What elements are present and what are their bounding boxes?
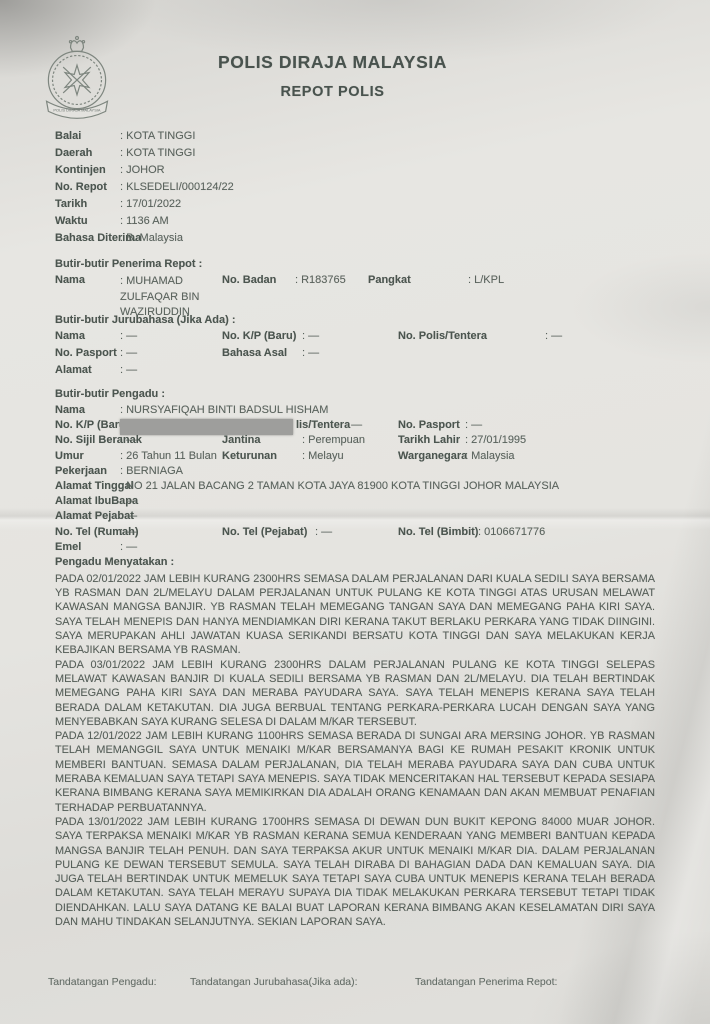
field-value: : 27/01/1995 [465,434,526,446]
field-value: : 1136 AM [120,215,169,227]
field-label: Kontinjen [55,164,106,176]
report-body: Balai : KOTA TINGGI Daerah : KOTA TINGGI… [55,130,655,929]
field-label: Tarikh Lahir [398,434,460,446]
field-value: : — [120,526,137,538]
field-label: Nama [55,274,85,286]
field-label: Keturunan [222,450,277,462]
field-label: No. Pasport [55,347,117,359]
field-label: No. Badan [222,274,276,286]
statement-paragraph: PADA 13/01/2022 JAM LEBIH KURANG 1700HRS… [55,815,655,929]
row-pengadu-pekerjaan: Pekerjaan : BERNIAGA [55,465,655,480]
row-pengadu-emel: Emel : — [55,541,655,556]
field-value: : — [302,330,319,342]
field-value: : Malaysia [465,450,515,462]
row-pengadu-alamat-tinggal: Alamat Tinggal : NO 21 JALAN BACANG 2 TA… [55,480,655,495]
field-value: : — [120,541,137,553]
field-label: No. Polis/Tentera [398,330,487,342]
field-value: : B. Malaysia [120,232,183,244]
statement-paragraph: PADA 03/01/2022 JAM LEBIH KURANG 2300HRS… [55,658,655,729]
field-value: : — [465,419,482,431]
row-pengadu-sijil: No. Sijil Beranak : — Jantina : Perempua… [55,434,655,449]
field-label: Nama [55,404,85,416]
field-label: Warganegara [398,450,467,462]
field-value: : JOHOR [120,164,165,176]
field-label-partial: lis/Tentera [296,419,350,431]
row-no-repot: No. Repot : KLSEDELI/000124/22 [55,181,655,198]
row-pengadu-alamat-pejabat: Alamat Pejabat : — [55,510,655,525]
crest-banner-text: POLIS DIRAJA MALAYSIA [53,107,101,112]
document-header: POLIS DIRAJA MALAYSIA REPOT POLIS [0,52,665,100]
row-pengadu-umur: Umur : 26 Tahun 11 Bulan Keturunan : Mel… [55,450,655,465]
field-label: Umur [55,450,84,462]
field-label: Nama [55,330,85,342]
field-value: : — [120,434,137,446]
section-title-penerima: Butir-butir Penerima Repot : [55,258,655,274]
row-tarikh: Tarikh : 17/01/2022 [55,198,655,215]
row-pengadu-alamat-ibubapa: Alamat IbuBapa : — [55,495,655,510]
statement-paragraph: PADA 02/01/2022 JAM LEBIH KURANG 2300HRS… [55,572,655,658]
signature-penerima-label: Tandatangan Penerima Repot: [415,976,557,988]
field-value: : — [120,347,137,359]
field-value: : KOTA TINGGI [120,147,195,159]
org-title: POLIS DIRAJA MALAYSIA [0,52,665,73]
row-jurubahasa-1: Nama : — No. K/P (Baru) : — No. Polis/Te… [55,330,655,347]
signature-pengadu-label: Tandatangan Pengadu: [48,976,157,988]
field-value: : — [302,347,319,359]
field-label: Pangkat [368,274,411,286]
field-value: : NURSYAFIQAH BINTI BADSUL HISHAM [120,404,328,416]
field-label: No. K/P (Baru) [55,419,129,431]
field-value: : Perempuan [302,434,365,446]
field-value: : — [545,330,562,342]
field-value: : BERNIAGA [120,465,183,477]
field-value: : KOTA TINGGI [120,130,195,142]
field-label: Pekerjaan [55,465,107,477]
redaction-box [120,419,293,435]
field-label: No. K/P (Baru) [222,330,296,342]
field-label: Daerah [55,147,92,159]
field-label: No. Repot [55,181,107,193]
field-value: : — [345,419,362,431]
section-title-pengadu: Butir-butir Pengadu : [55,388,655,404]
field-value: : L/KPL [468,274,504,286]
field-value: : NO 21 JALAN BACANG 2 TAMAN KOTA JAYA 8… [120,480,559,492]
field-label: No. Tel (Pejabat) [222,526,307,538]
field-value: : 26 Tahun 11 Bulan [120,450,217,462]
field-label: Emel [55,541,81,553]
field-value: : — [120,495,137,507]
statement-body: PADA 02/01/2022 JAM LEBIH KURANG 2300HRS… [55,572,655,929]
field-label: Alamat [55,364,92,376]
row-jurubahasa-2: No. Pasport : — Bahasa Asal : — [55,347,655,364]
field-value: : 0106671776 [478,526,545,538]
row-pengadu-tel: No. Tel (Rumah) : — No. Tel (Pejabat) : … [55,526,655,541]
row-penerima-nama: Nama : MUHAMAD ZULFAQAR BIN WAZIRUDDIN N… [55,274,655,305]
field-value: : — [120,364,137,376]
field-value: : — [120,510,137,522]
field-label: Jantina [222,434,261,446]
row-bahasa-diterima: Bahasa Diterima : B. Malaysia [55,232,655,249]
row-daerah: Daerah : KOTA TINGGI [55,147,655,164]
field-value: : 17/01/2022 [120,198,181,210]
row-jurubahasa-3: Alamat : — [55,364,655,381]
field-label: No. Tel (Bimbit) [398,526,478,538]
field-label: Balai [55,130,81,142]
row-balai: Balai : KOTA TINGGI [55,130,655,147]
section-title-statement: Pengadu Menyatakan : [55,556,655,572]
report-title: REPOT POLIS [0,84,665,100]
field-label: No. Pasport [398,419,460,431]
row-pengadu-nama: Nama : NURSYAFIQAH BINTI BADSUL HISHAM [55,404,655,419]
field-value: : KLSEDELI/000124/22 [120,181,234,193]
statement-paragraph: PADA 12/01/2022 JAM LEBIH KURANG 1100HRS… [55,729,655,815]
signature-jurubahasa-label: Tandatangan Jurubahasa(Jika ada): [190,976,358,988]
field-label: Tarikh [55,198,87,210]
field-label: Bahasa Asal [222,347,287,359]
field-value: : MUHAMAD ZULFAQAR BIN WAZIRUDDIN [120,274,238,321]
row-kontinjen: Kontinjen : JOHOR [55,164,655,181]
field-label: Waktu [55,215,88,227]
row-waktu: Waktu : 1136 AM [55,215,655,232]
field-value: : R183765 [295,274,346,286]
field-value: : — [120,330,137,342]
row-pengadu-kp: No. K/P (Baru) lis/Tentera : — No. Paspo… [55,419,655,434]
field-value: : — [315,526,332,538]
field-value: : Melayu [302,450,344,462]
